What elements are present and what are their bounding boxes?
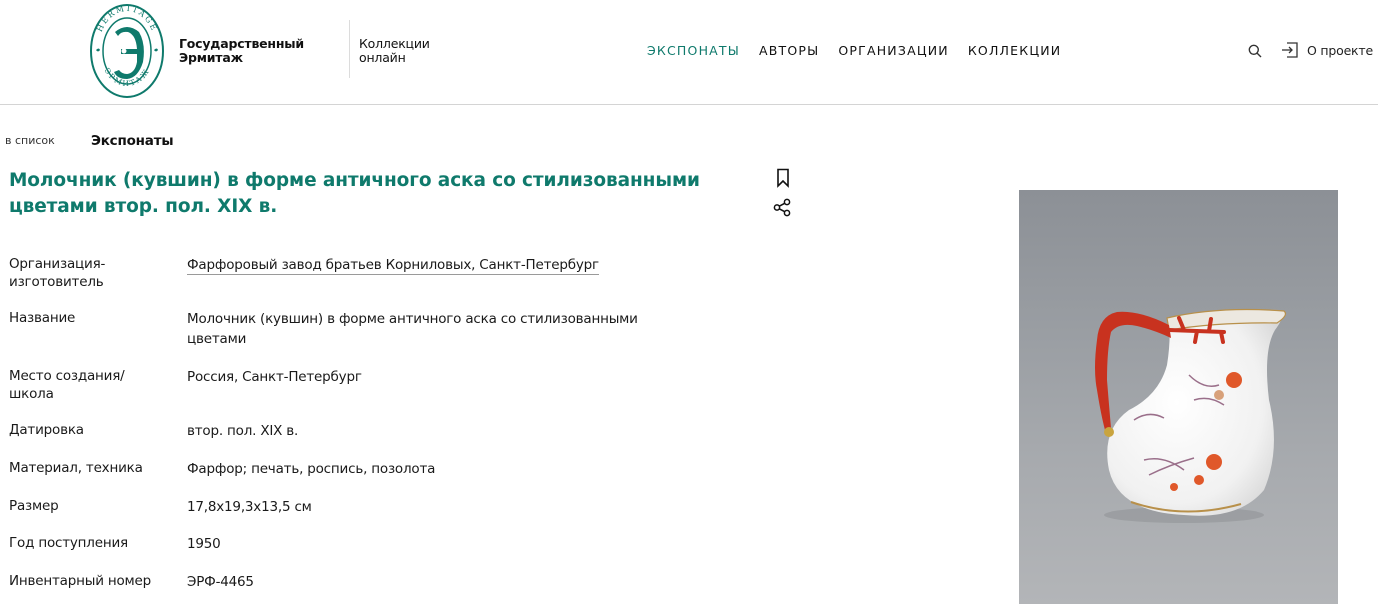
bookmark-icon[interactable] (775, 168, 791, 188)
brand-name[interactable]: Государственный Эрмитаж (179, 37, 304, 65)
detail-label: Инвентарный номер (9, 572, 187, 592)
detail-row-place: Место создания/школа Россия, Санкт-Петер… (9, 367, 709, 403)
detail-label: Место создания/школа (9, 367, 187, 403)
collections-online-label[interactable]: Коллекции онлайн (359, 37, 430, 65)
about-project-link[interactable]: О проекте (1307, 43, 1373, 58)
manufacturer-link[interactable]: Фарфоровый завод братьев Корниловых, Сан… (187, 257, 599, 275)
detail-value: Фарфоровый завод братьев Корниловых, Сан… (187, 255, 697, 291)
detail-label: Материал, техника (9, 459, 187, 479)
nav-organizations[interactable]: ОРГАНИЗАЦИИ (838, 43, 948, 58)
login-icon[interactable] (1281, 41, 1299, 59)
page-title: Молочник (кувшин) в форме античного аска… (9, 168, 709, 220)
detail-label: Название (9, 309, 187, 349)
detail-value: Россия, Санкт-Петербург (187, 367, 697, 403)
detail-value: Фарфор; печать, роспись, позолота (187, 459, 697, 479)
detail-row-dating: Датировка втор. пол. XIX в. (9, 421, 709, 441)
detail-row-size: Размер 17,8x19,3x13,5 см (9, 497, 709, 517)
breadcrumb-current: Экспонаты (91, 133, 173, 149)
detail-value: Молочник (кувшин) в форме античного аска… (187, 309, 697, 349)
hermitage-logo-icon: HERMITAGE ЭРМИТАЖ (88, 2, 166, 100)
hermitage-logo[interactable]: HERMITAGE ЭРМИТАЖ (88, 2, 166, 100)
title-line-2: цветами втор. пол. XIX в. (9, 194, 709, 220)
nav-collections[interactable]: КОЛЛЕКЦИИ (968, 43, 1062, 58)
share-icon[interactable] (773, 198, 792, 217)
detail-row-manufacturer: Организация-изготовитель Фарфоровый заво… (9, 255, 709, 291)
detail-value: 1950 (187, 534, 697, 554)
item-photo[interactable] (1019, 190, 1338, 604)
detail-label: Организация-изготовитель (9, 255, 187, 291)
detail-value: ЭРФ-4465 (187, 572, 697, 592)
jug-illustration (1019, 190, 1338, 604)
search-icon[interactable] (1248, 43, 1262, 57)
main-nav: ЭКСПОНАТЫ АВТОРЫ ОРГАНИЗАЦИИ КОЛЛЕКЦИИ (647, 43, 1080, 58)
detail-value: 17,8x19,3x13,5 см (187, 497, 697, 517)
sub-brand-line-2: онлайн (359, 51, 430, 65)
detail-label: Размер (9, 497, 187, 517)
detail-label: Датировка (9, 421, 187, 441)
sub-brand-line-1: Коллекции (359, 37, 430, 51)
brand-line-1: Государственный (179, 37, 304, 51)
brand-line-2: Эрмитаж (179, 51, 304, 65)
detail-label: Год поступления (9, 534, 187, 554)
back-to-list-link[interactable]: в список (5, 134, 55, 147)
detail-row-title: Название Молочник (кувшин) в форме антич… (9, 309, 709, 349)
detail-row-inventory-number: Инвентарный номер ЭРФ-4465 (9, 572, 709, 592)
title-line-1: Молочник (кувшин) в форме античного аска… (9, 168, 709, 194)
brand-divider (349, 20, 350, 78)
nav-exhibits[interactable]: ЭКСПОНАТЫ (647, 43, 740, 58)
detail-row-acquisition-year: Год поступления 1950 (9, 534, 709, 554)
detail-value: втор. пол. XIX в. (187, 421, 697, 441)
site-header: HERMITAGE ЭРМИТАЖ Государственный Эрмита… (0, 0, 1378, 105)
nav-authors[interactable]: АВТОРЫ (759, 43, 819, 58)
detail-row-material: Материал, техника Фарфор; печать, роспис… (9, 459, 709, 479)
